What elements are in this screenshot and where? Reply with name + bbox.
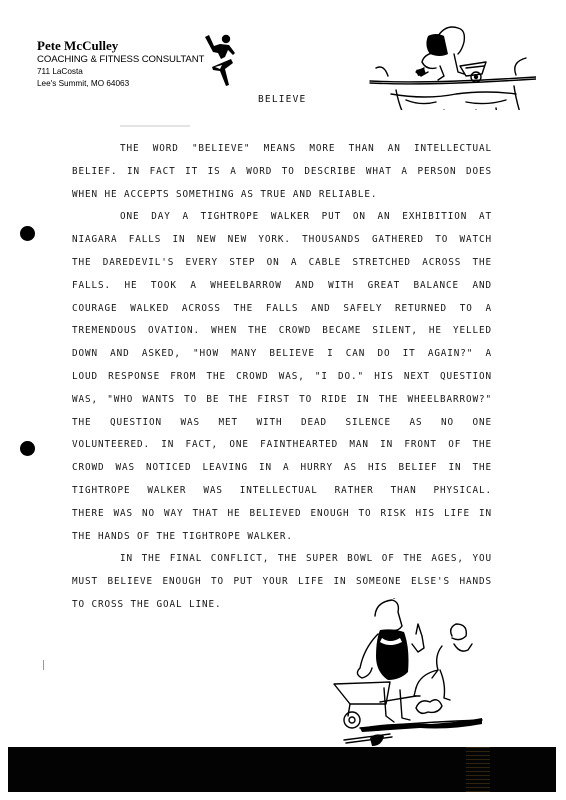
text-line: THE QUESTION WAS MET WITH DEAD SILENCE A… [72, 412, 492, 435]
text-line: TREMENDOUS OVATION. WHEN THE CROWD BECAM… [72, 320, 492, 343]
text-line: WHEN HE ACCEPTS SOMETHING AS TRUE AND RE… [72, 184, 492, 207]
text-line: FALLS. HE TOOK A WHEELBARROW AND WITH GR… [72, 275, 492, 298]
hole-punch-mark [20, 441, 35, 456]
scan-artifact [120, 125, 190, 127]
document-title: BELIEVE [258, 94, 306, 105]
text-line: THE DAREDEVIL'S EVERY STEP ON A CABLE ST… [72, 252, 492, 275]
hole-punch-mark [20, 226, 35, 241]
text-line: BELIEF. IN FACT IT IS A WORD TO DESCRIBE… [72, 161, 492, 184]
wheelbarrow-cartoon-illustration [320, 598, 490, 748]
text-line: MUST BELIEVE ENOUGH TO PUT YOUR LIFE IN … [72, 571, 492, 594]
scan-streak-artifact [466, 747, 490, 792]
text-line: DOWN AND ASKED, "HOW MANY BELIEVE I CAN … [72, 343, 492, 366]
text-line: LOUD RESPONSE FROM THE CROWD WAS, "I DO.… [72, 366, 492, 389]
text-line: NIAGARA FALLS IN NEW NEW YORK. THOUSANDS… [72, 229, 492, 252]
text-line: TIGHTROPE WALKER WAS INTELLECTUAL RATHER… [72, 480, 492, 503]
tightrope-walker-illustration [366, 10, 536, 110]
running-figure-icon [203, 33, 243, 89]
scan-black-border [8, 747, 556, 792]
text-line: CROWD WAS NOTICED LEAVING IN A HURRY AS … [72, 457, 492, 480]
stray-pen-mark [43, 660, 44, 670]
letter-body: THE WORD "BELIEVE" MEANS MORE THAN AN IN… [72, 138, 492, 617]
text-line: THE HANDS OF THE TIGHTROPE WALKER. [72, 526, 492, 549]
text-line: THERE WAS NO WAY THAT HE BELIEVED ENOUGH… [72, 503, 492, 526]
text-line: THE WORD "BELIEVE" MEANS MORE THAN AN IN… [72, 138, 492, 161]
text-line: ONE DAY A TIGHTROPE WALKER PUT ON AN EXH… [72, 206, 492, 229]
text-line: VOLUNTEERED. IN FACT, ONE FAINTHEARTED M… [72, 434, 492, 457]
text-line: COURAGE WALKED ACROSS THE FALLS AND SAFE… [72, 298, 492, 321]
text-line: WAS, "WHO WANTS TO BE THE FIRST TO RIDE … [72, 389, 492, 412]
text-line: IN THE FINAL CONFLICT, THE SUPER BOWL OF… [72, 548, 492, 571]
